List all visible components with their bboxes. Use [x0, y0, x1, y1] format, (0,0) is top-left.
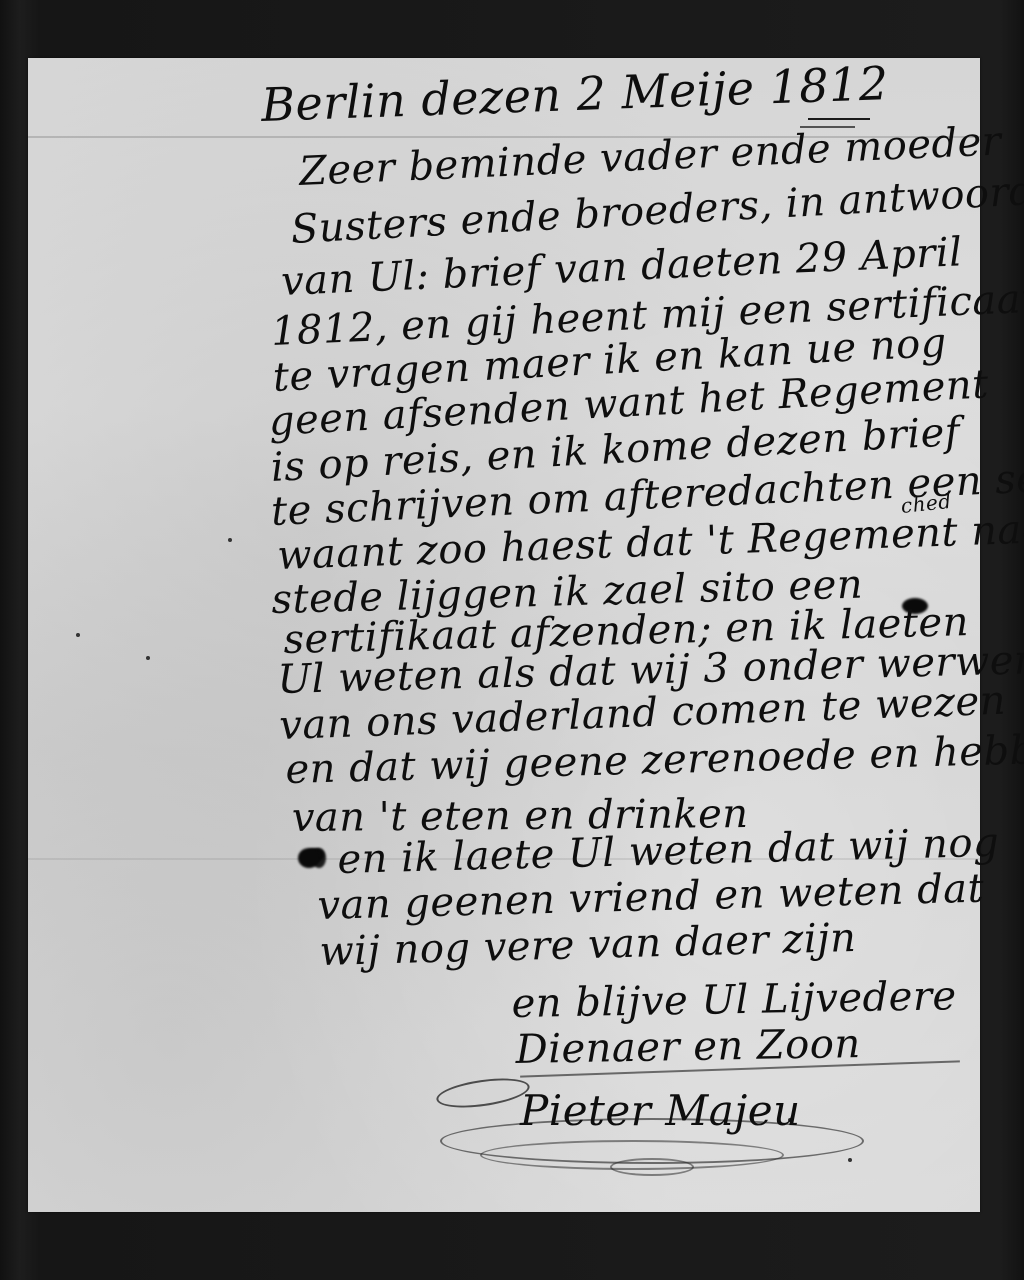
paper-speck: [228, 538, 232, 542]
signature-flourish: [610, 1158, 694, 1176]
ink-blot: [298, 848, 320, 868]
date-underline: [808, 118, 870, 120]
letter-closing-line: Dienaer en Zoon: [515, 1024, 861, 1070]
paper-speck: [146, 656, 150, 660]
letter-closing-line: en blijve Ul Lijvedere: [511, 976, 957, 1024]
letter-signature: Pieter Majeu: [520, 1090, 801, 1132]
paper-speck: [76, 633, 80, 637]
paper-speck: [848, 1158, 852, 1162]
